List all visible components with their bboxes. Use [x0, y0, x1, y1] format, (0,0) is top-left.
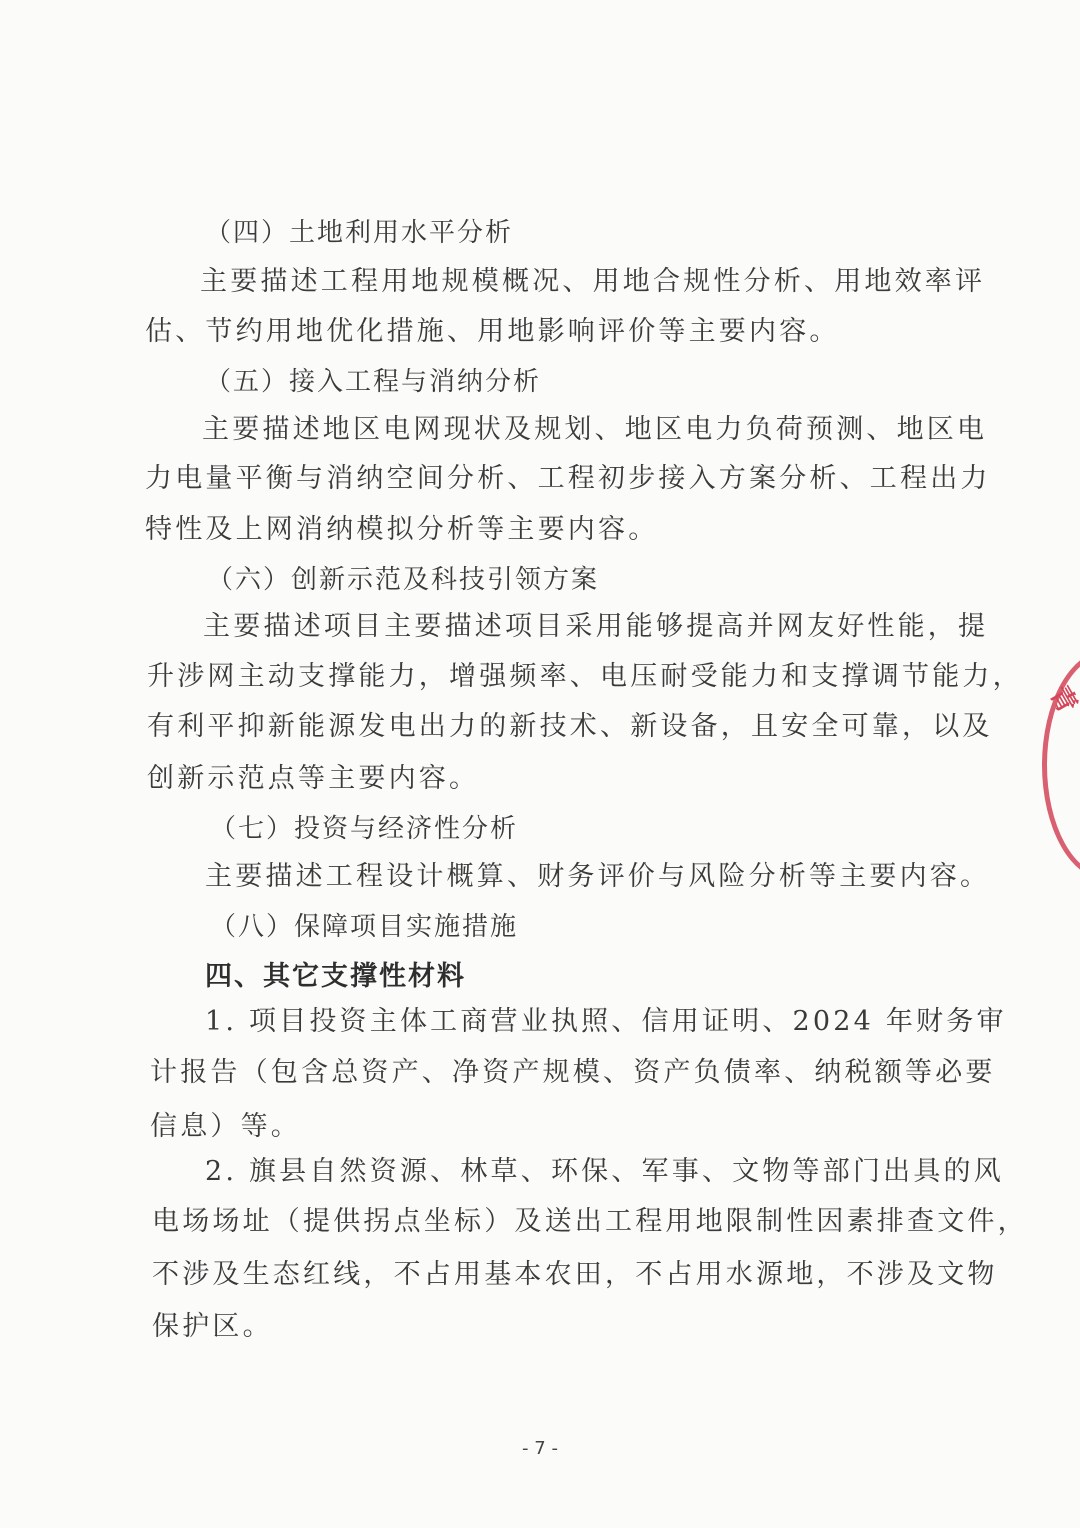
section-heading-7: （七）投资与经济性分析 — [210, 812, 518, 846]
item-1-line-1: 1. 项目投资主体工商营业执照、信用证明、2024 年财务审 — [205, 1005, 1007, 1039]
section-heading-5: （五）接入工程与消纳分析 — [205, 365, 541, 399]
item-2-line-4: 保护区。 — [152, 1310, 273, 1344]
item-2-line-1: 2. 旗县自然资源、林草、环保、军事、文物等部门出具的风 — [205, 1155, 1004, 1189]
section-7-line-1: 主要描述工程设计概算、财务评价与风险分析等主要内容。 — [205, 860, 990, 894]
item-2-line-2: 电场场址（提供拐点坐标）及送出工程用地限制性因素排查文件， — [152, 1205, 1028, 1239]
main-heading-4: 四、其它支撑性材料 — [205, 960, 466, 994]
section-4-line-2: 估、节约用地优化措施、用地影响评价等主要内容。 — [145, 315, 840, 349]
section-6-line-1: 主要描述项目主要描述项目采用能够提高并网友好性能，提 — [203, 610, 988, 644]
section-5-line-1: 主要描述地区电网现状及规划、地区电力负荷预测、地区电 — [202, 413, 987, 447]
document-page: （四）土地利用水平分析 主要描述工程用地规模概况、用地合规性分析、用地效率评 估… — [0, 0, 1080, 1528]
section-5-line-3: 特性及上网消纳模拟分析等主要内容。 — [145, 513, 658, 547]
section-heading-4: （四）土地利用水平分析 — [205, 216, 513, 250]
item-2-line-3: 不涉及生态红线，不占用基本农田，不占用水源地，不涉及文物 — [152, 1258, 998, 1292]
section-6-line-2: 升涉网主动支撑能力，增强频率、电压耐受能力和支撑调节能力， — [147, 660, 1023, 694]
section-4-line-1: 主要描述工程用地规模概况、用地合规性分析、用地效率评 — [200, 265, 985, 299]
section-6-line-4: 创新示范点等主要内容。 — [147, 762, 479, 796]
item-1-line-2: 计报告（包含总资产、净资产规模、资产负债率、纳税额等必要 — [150, 1056, 996, 1090]
section-heading-6: （六）创新示范及科技引领方案 — [207, 563, 599, 597]
section-5-line-2: 力电量平衡与消纳空间分析、工程初步接入方案分析、工程出力 — [145, 462, 991, 496]
item-1-line-3: 信息）等。 — [150, 1110, 301, 1144]
section-heading-8: （八）保障项目实施措施 — [210, 910, 518, 944]
page-number: - 7 - — [0, 1438, 1080, 1459]
section-6-line-3: 有利平抑新能源发电出力的新技术、新设备，且安全可靠，以及 — [147, 710, 993, 744]
